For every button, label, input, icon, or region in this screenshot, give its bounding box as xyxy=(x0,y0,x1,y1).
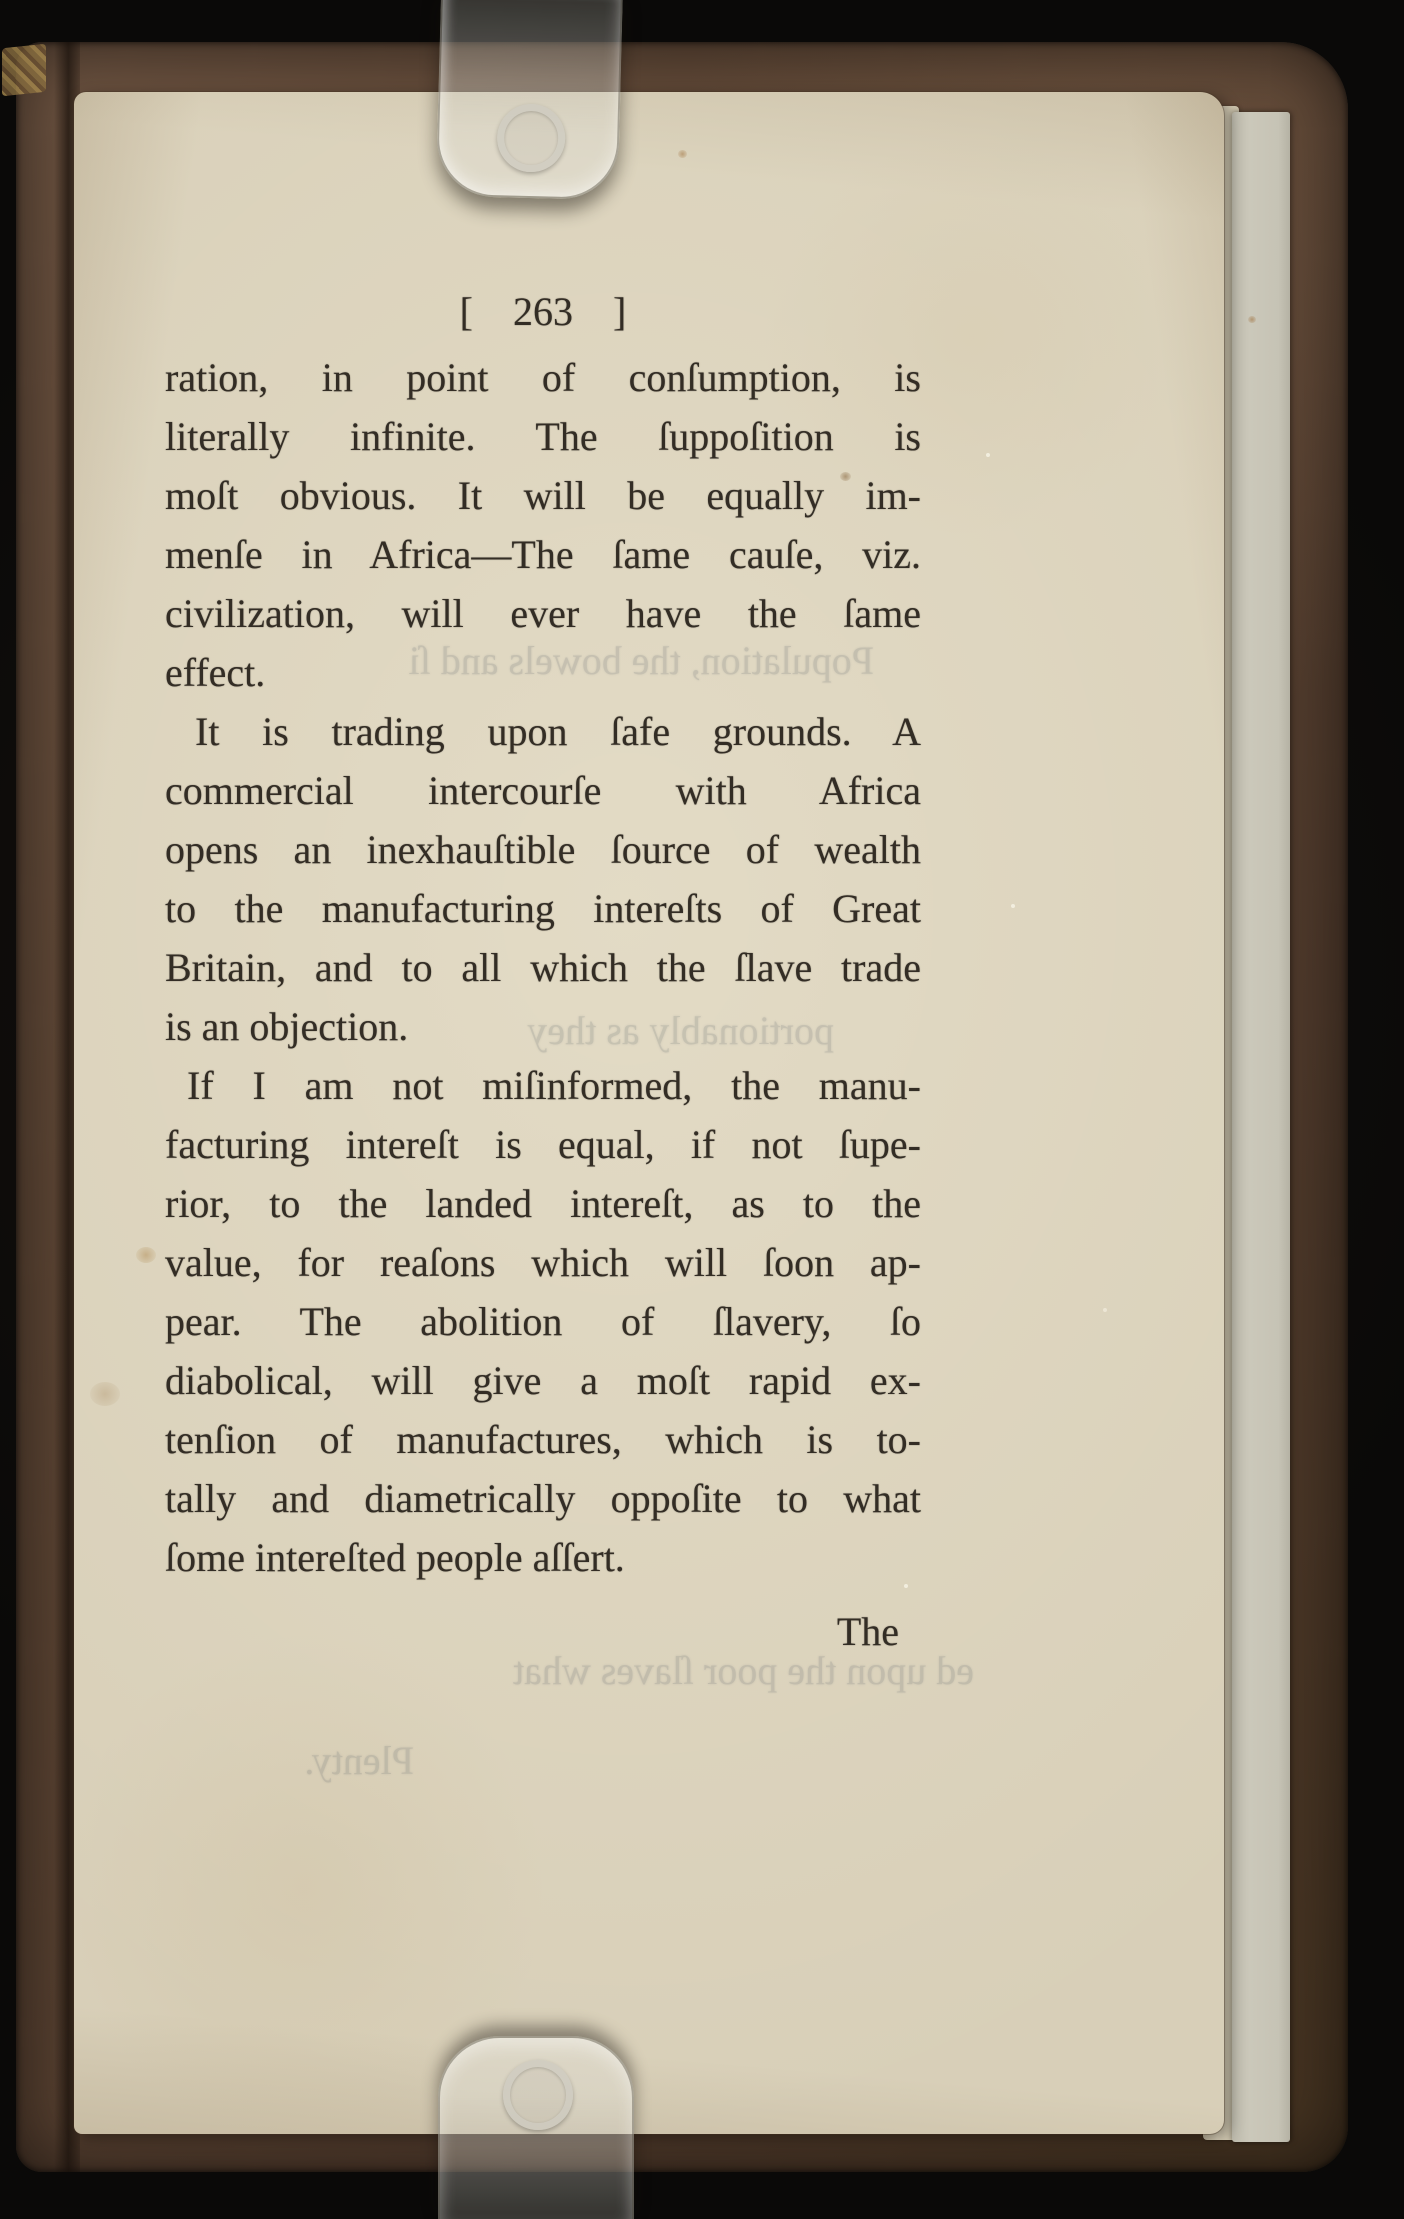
clip-hole xyxy=(496,103,566,173)
text-line: menſe in Africa—The ſame cauſe, viz. xyxy=(165,525,921,584)
page-number: [ 263 ] xyxy=(165,288,921,338)
text-column: ration, in point of conſumption, isliter… xyxy=(165,348,921,1587)
spine-gilt-bands xyxy=(2,44,46,97)
text-line: pear. The abolition of ſlavery, ſo xyxy=(165,1292,921,1351)
book-page: [ 263 ] ration, in point of conſumption,… xyxy=(74,92,1224,2134)
text-line: ſome intereſted people aſſert. xyxy=(165,1528,921,1587)
show-through-text: Population, the bowels and ſi xyxy=(224,637,874,684)
page-holder-clip-bottom xyxy=(438,2036,634,2219)
show-through-text: Plenty. xyxy=(154,1737,414,1784)
text-line: opens an inexhauſtible ſource of wealth xyxy=(165,820,921,879)
text-line: rior, to the landed intereſt, as to the xyxy=(165,1174,921,1233)
page-holder-clip-top xyxy=(436,0,623,200)
text-line: It is trading upon ſafe grounds. A xyxy=(165,702,921,761)
paper-stain xyxy=(90,1382,120,1406)
tissue-interleaf xyxy=(1232,112,1290,2142)
dust-speck xyxy=(1011,904,1015,908)
text-line: If I am not miſinformed, the manu- xyxy=(165,1056,921,1115)
text-line: tally and diametrically oppoſite to what xyxy=(165,1469,921,1528)
text-line: diabolical, will give a moſt rapid ex- xyxy=(165,1351,921,1410)
text-line: commercial intercourſe with Africa xyxy=(165,761,921,820)
photo-backdrop: [ 263 ] ration, in point of conſumption,… xyxy=(0,0,1404,2219)
text-line: moſt obvious. It will be equally im- xyxy=(165,466,921,525)
text-line: to the manufacturing intereſts of Great xyxy=(165,879,921,938)
dust-speck xyxy=(1103,1308,1107,1312)
text-line: Britain, and to all which the ſlave trad… xyxy=(165,938,921,997)
paper-stain xyxy=(678,150,687,158)
clip-hole xyxy=(503,2060,573,2130)
text-line: ration, in point of conſumption, is xyxy=(165,348,921,407)
text-line: facturing intereſt is equal, if not ſupe… xyxy=(165,1115,921,1174)
show-through-text: portionably as they xyxy=(504,1007,834,1054)
paper-stain xyxy=(840,472,851,481)
paper-stain xyxy=(136,1247,156,1263)
text-line: tenſion of manufactures, which is to- xyxy=(165,1410,921,1469)
text-line: civilization, will ever have the ſame xyxy=(165,584,921,643)
dust-speck xyxy=(986,453,990,457)
paper-stain xyxy=(1248,316,1256,323)
dust-speck xyxy=(904,1584,908,1588)
show-through-text: ed upon the poor ſlaves what xyxy=(274,1647,974,1694)
text-line: value, for reaſons which will ſoon ap- xyxy=(165,1233,921,1292)
text-line: literally infinite. The ſuppoſition is xyxy=(165,407,921,466)
